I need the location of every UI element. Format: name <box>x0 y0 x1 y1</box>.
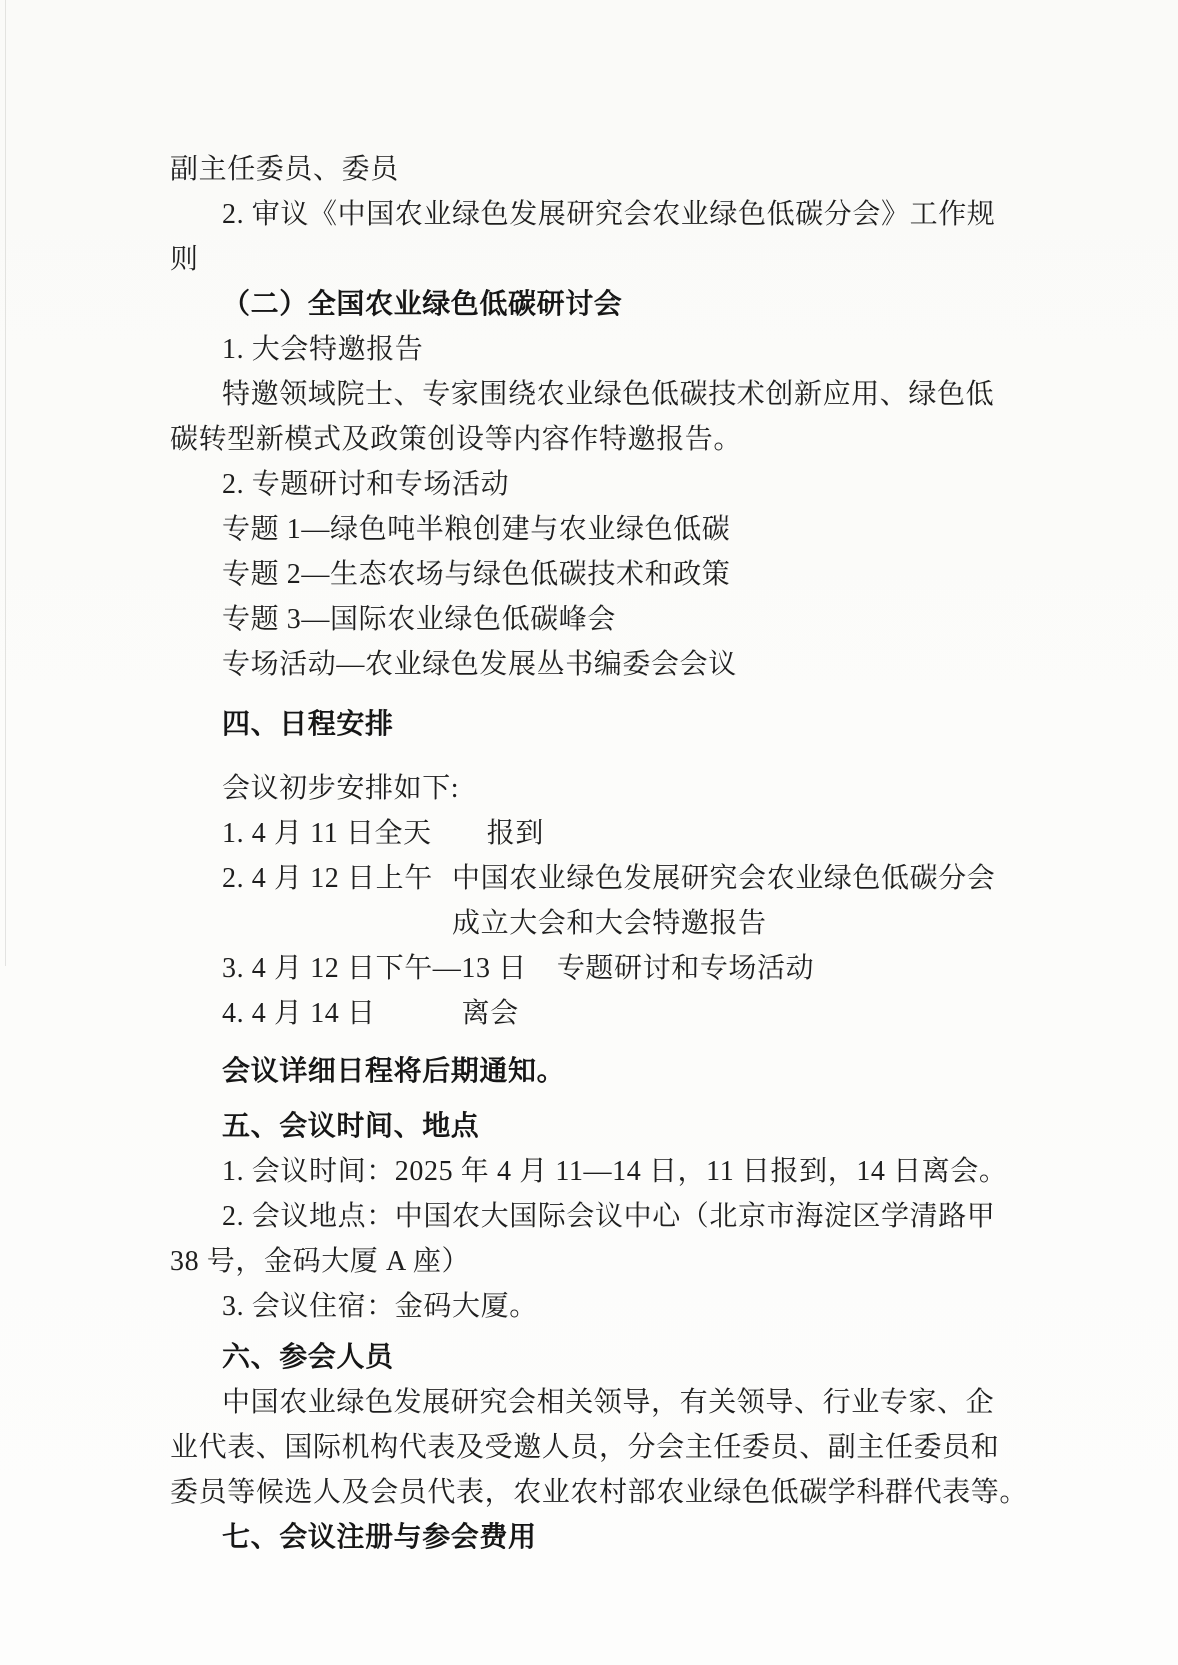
section-heading-2: （二）全国农业绿色低碳研讨会 <box>170 282 1098 327</box>
para-line: 1. 会议时间：2025 年 4 月 11—14 日，11 日报到，14 日离会… <box>170 1149 1098 1194</box>
schedule-date: 3. 4 月 12 日下午—13 日 <box>222 953 527 984</box>
schedule-activity: 专题研讨和专场活动 <box>557 953 814 984</box>
topic-line: 专题 1—绿色吨半粮创建与农业绿色低碳 <box>170 507 1098 552</box>
para-line: 委员等候选人及会员代表，农业农村部农业绿色低碳学科群代表等。 <box>170 1470 1098 1515</box>
para-line: 38 号，金码大厦 A 座） <box>170 1239 1098 1284</box>
schedule-row: 1. 4 月 11 日全天报到 <box>170 811 1098 856</box>
scan-edge-line <box>5 0 6 966</box>
heading-registration: 七、会议注册与参会费用 <box>170 1515 1098 1560</box>
schedule-activity: 离会 <box>462 998 519 1029</box>
para-line: 3. 会议住宿：金码大厦。 <box>170 1284 1098 1329</box>
schedule-activity: 报到 <box>487 818 544 849</box>
para-line: 2. 专题研讨和专场活动 <box>170 462 1098 507</box>
para-line: 中国农业绿色发展研究会相关领导，有关领导、行业专家、企 <box>170 1380 1098 1425</box>
para-line: 2. 审议《中国农业绿色发展研究会农业绿色低碳分会》工作规 <box>170 192 1098 237</box>
schedule-date: 2. 4 月 12 日上午 <box>222 856 452 901</box>
schedule-row: 4. 4 月 14 日离会 <box>170 991 1098 1036</box>
heading-participants: 六、参会人员 <box>170 1335 1098 1380</box>
schedule-activity-block: 中国农业绿色发展研究会农业绿色低碳分会 成立大会和大会特邀报告 <box>452 856 995 946</box>
schedule-activity-cont: 成立大会和大会特邀报告 <box>452 901 995 946</box>
para-line: 特邀领域院士、专家围绕农业绿色低碳技术创新应用、绿色低 <box>170 372 1098 417</box>
topic-line: 专题 2—生态农场与绿色低碳技术和政策 <box>170 552 1098 597</box>
para-line: 会议初步安排如下: <box>170 766 1098 811</box>
topic-line: 专题 3—国际农业绿色低碳峰会 <box>170 597 1098 642</box>
document-body: 副主任委员、委员 2. 审议《中国农业绿色发展研究会农业绿色低碳分会》工作规 则… <box>170 147 1098 1560</box>
schedule-date: 4. 4 月 14 日 <box>222 998 376 1029</box>
para-line: 副主任委员、委员 <box>170 147 1098 192</box>
heading-schedule: 四、日程安排 <box>170 702 1098 747</box>
schedule-row: 3. 4 月 12 日下午—13 日专题研讨和专场活动 <box>170 946 1098 991</box>
para-line: 业代表、国际机构代表及受邀人员，分会主任委员、副主任委员和 <box>170 1425 1098 1470</box>
schedule-activity: 中国农业绿色发展研究会农业绿色低碳分会 <box>452 856 995 901</box>
document-page: 副主任委员、委员 2. 审议《中国农业绿色发展研究会农业绿色低碳分会》工作规 则… <box>0 0 1178 1665</box>
para-line: 2. 会议地点：中国农大国际会议中心（北京市海淀区学清路甲 <box>170 1194 1098 1239</box>
schedule-date: 1. 4 月 11 日全天 <box>222 818 432 849</box>
heading-time-location: 五、会议时间、地点 <box>170 1104 1098 1149</box>
para-line: 碳转型新模式及政策创设等内容作特邀报告。 <box>170 417 1098 462</box>
schedule-row: 2. 4 月 12 日上午 中国农业绿色发展研究会农业绿色低碳分会 成立大会和大… <box>170 856 1098 946</box>
schedule-note: 会议详细日程将后期通知。 <box>170 1049 1098 1094</box>
para-line: 则 <box>170 237 1098 282</box>
para-line: 1. 大会特邀报告 <box>170 327 1098 372</box>
topic-line: 专场活动—农业绿色发展丛书编委会会议 <box>170 642 1098 687</box>
